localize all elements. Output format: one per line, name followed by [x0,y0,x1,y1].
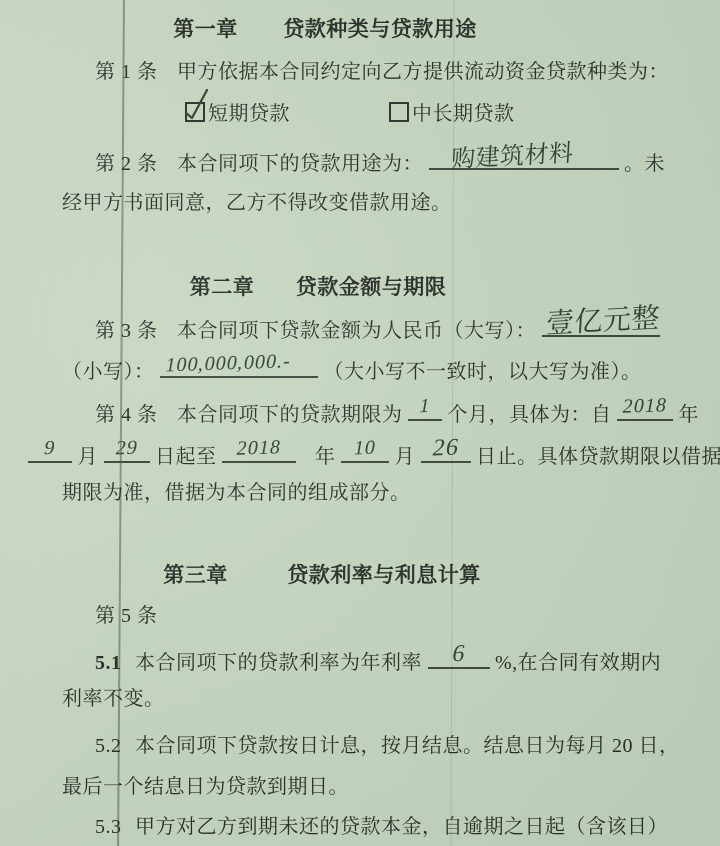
article4-year-char: 年 [679,404,700,426]
option-mid-long-term-label: 中长期贷款 [412,103,515,125]
article1-line: 第 1 条 甲方依据本合同约定向乙方提供流动资金贷款种类为： [95,57,669,87]
article3-line1: 第 3 条 本合同项下贷款金额为人民币（大写）： 壹亿元整 [95,311,660,346]
section51-line2-text: 利率不变。 [62,688,165,710]
handwritten-start-month: 9 [25,432,75,464]
handwritten-rate: 6 [425,638,493,670]
chapter3-heading: 第三章 贷款利率与利息计算 [0,560,644,590]
article2-label: 第 2 条 [95,149,158,179]
amount-num-blank: 100,000,000.- [160,352,318,378]
article1-label: 第 1 条 [95,57,158,87]
article4-from-text: 个月，具体为：自 [448,404,612,426]
months-blank: 1 [408,395,442,421]
article4-line3: 期限为准，借据为本合同的组成部分。 [62,478,411,508]
section53-text: 甲方对乙方到期未还的贷款本金，自逾期之日起（含该日） [135,816,668,838]
article3-line2-suffix: （大小写不一致时，以大写为准）。 [324,361,642,383]
section52-text: 本合同项下贷款按日计息，按月结息。结息日为每月 20 日， [135,735,680,757]
article4-line1: 第 4 条 本合同项下的贷款期限为 1 个月，具体为：自 2018 年 [95,395,699,430]
chapter1-heading-number: 第一章 [173,17,238,41]
article2-suffix: 。未 [624,153,665,175]
contract-page: 第一章 贷款种类与贷款用途 第 1 条 甲方依据本合同约定向乙方提供流动资金贷款… [0,0,720,846]
start-year-blank: 2018 [617,395,673,421]
article1-text: 甲方依据本合同约定向乙方提供流动资金贷款种类为： [177,61,669,83]
section51-suffix: %,在合同有效期内 [495,652,661,674]
checkbox-short-term [185,102,205,122]
rate-blank: 6 [428,643,490,669]
section51-text: 本合同项下的贷款利率为年利率 [135,652,422,674]
option-short-term-label: 短期贷款 [208,103,290,125]
start-day-blank: 29 [104,437,150,463]
handwritten-end-year: 2018 [219,432,299,465]
section53-line1: 5.3 甲方对乙方到期未还的贷款本金，自逾期之日起（含该日） [95,812,668,842]
amount-cn-blank: 壹亿元整 [542,311,660,337]
handwritten-end-month: 10 [338,432,392,464]
article4-line2: 9 月 29 日起至 2018 年 10 月 26 日止。具体贷款期限以借据 [28,437,720,472]
handwritten-check-icon [183,87,211,121]
loan-type-options: 短期贷款 中长期贷款 [185,99,515,129]
chapter2-heading-number: 第二章 [190,275,255,299]
end-year-blank: 2018 [222,437,296,463]
article3-line2-prefix: （小写）： [62,361,155,383]
handwritten-amount-num: 100,000,000.- [157,345,321,380]
handwritten-end-day: 26 [418,432,474,464]
article5-label-line: 第 5 条 [95,601,158,631]
article4-end-text: 日止。具体贷款期限以借据 [476,446,720,468]
article2-line2-text: 经甲方书面同意，乙方不得改变借款用途。 [62,192,452,214]
handwritten-start-day: 29 [101,432,153,464]
article3-line2: （小写）： 100,000,000.- （大小写不一致时，以大写为准）。 [62,352,642,387]
article4-month-char2: 月 [395,446,416,468]
end-month-blank: 10 [341,437,389,463]
article2-line1: 第 2 条 本合同项下的贷款用途为： 购建筑材料 。未 [95,144,665,179]
purpose-blank: 购建筑材料 [429,144,619,170]
chapter2-heading: 第二章 贷款金额与期限 [0,272,636,302]
chapter3-heading-number: 第三章 [163,563,228,587]
article2-line2: 经甲方书面同意，乙方不得改变借款用途。 [62,188,452,218]
section53-number: 5.3 [95,812,122,842]
handwritten-months: 1 [405,390,445,421]
handwritten-amount-cn: 壹亿元整 [545,304,660,340]
article3-label: 第 3 条 [95,316,158,346]
chapter1-heading: 第一章 贷款种类与贷款用途 [0,14,650,44]
handwritten-start-year: 2018 [614,390,676,422]
section52-number: 5.2 [95,731,122,761]
article4-month-char1: 月 [78,446,99,468]
section52-line1: 5.2 本合同项下贷款按日计息，按月结息。结息日为每月 20 日， [95,731,680,761]
section52-line2-text: 最后一个结息日为贷款到期日。 [62,776,349,798]
end-day-blank: 26 [421,437,471,463]
handwritten-purpose: 购建筑材料 [450,139,574,176]
article5-label: 第 5 条 [95,605,158,627]
article3-prefix: 本合同项下贷款金额为人民币（大写）： [177,320,536,342]
section52-line2: 最后一个结息日为贷款到期日。 [62,772,349,802]
section51-line2: 利率不变。 [62,684,165,714]
start-month-blank: 9 [28,437,72,463]
article4-line3-text: 期限为准，借据为本合同的组成部分。 [62,482,411,504]
chapter1-heading-title: 贷款种类与贷款用途 [283,17,477,41]
section51-line1: 5.1 本合同项下的贷款利率为年利率 6 %,在合同有效期内 [95,643,661,678]
article4-label: 第 4 条 [95,400,158,430]
checkbox-mid-long-term [389,102,409,122]
chapter3-heading-title: 贷款利率与利息计算 [287,563,481,587]
section51-number: 5.1 [95,648,122,678]
article2-prefix: 本合同项下的贷款用途为： [177,153,423,175]
article4-until-text: 日起至 [155,446,217,468]
article4-year-char2: 年 [315,446,336,468]
article4-term-text: 本合同项下的贷款期限为 [177,404,403,426]
chapter2-heading-title: 贷款金额与期限 [296,275,447,299]
